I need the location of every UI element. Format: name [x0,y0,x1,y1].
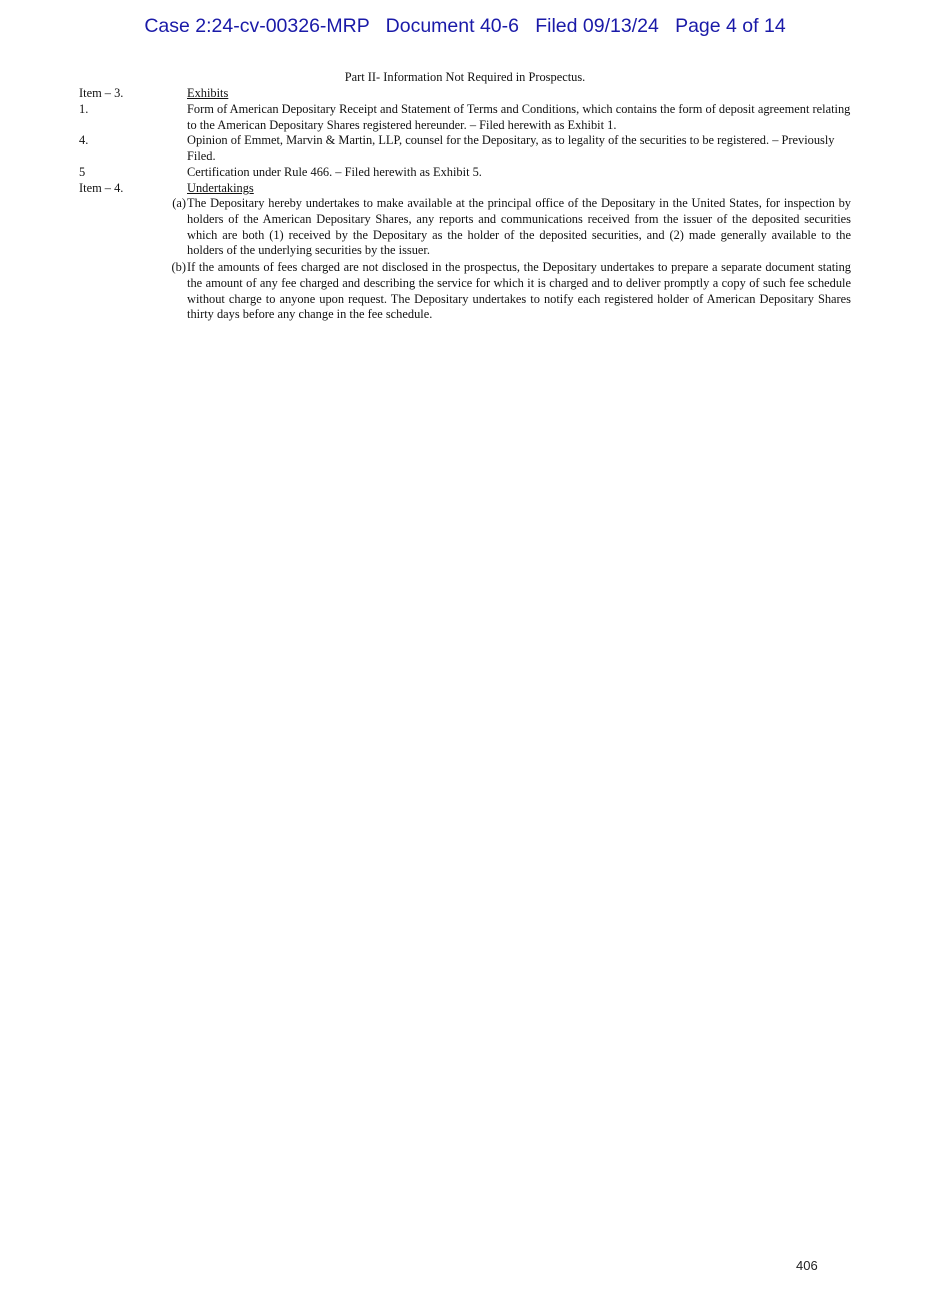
case-header-stamp: Case 2:24-cv-00326-MRP Document 40-6 Fil… [0,15,930,38]
item-4-label: Item – 4. [79,181,123,197]
exhibit-description: Form of American Depositary Receipt and … [187,102,851,134]
paragraph-marker: (a) [166,196,186,212]
item-4-title: Undertakings [187,181,851,197]
item-3-label: Item – 3. [79,86,123,102]
section-heading: Part II- Information Not Required in Pro… [0,70,930,86]
paragraph-marker: (b) [166,260,186,276]
page-number: 406 [796,1258,818,1273]
paragraph-text: If the amounts of fees charged are not d… [187,260,851,323]
exhibit-description: Opinion of Emmet, Marvin & Martin, LLP, … [187,133,851,165]
exhibit-number: 4. [79,133,88,149]
exhibit-number: 5 [79,165,85,181]
item-3-title: Exhibits [187,86,851,102]
exhibit-description: Certification under Rule 466. – Filed he… [187,165,851,181]
exhibit-number: 1. [79,102,88,118]
paragraph-text: The Depositary hereby undertakes to make… [187,196,851,259]
